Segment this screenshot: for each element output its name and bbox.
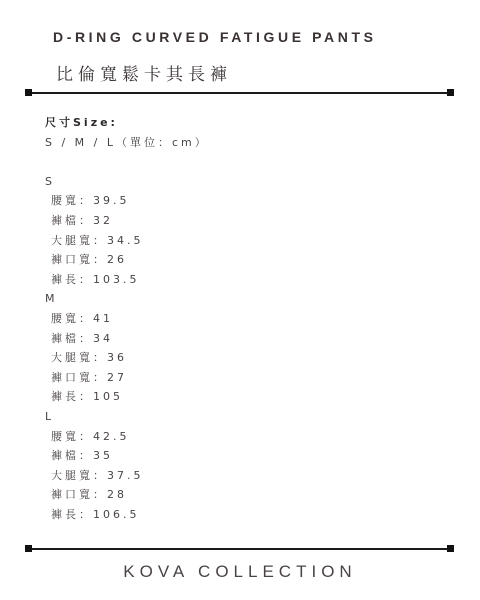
size-label: S — [45, 172, 209, 192]
measurement-thigh: 大腿寬：34.5 — [45, 231, 209, 251]
divider-end-square — [25, 545, 32, 552]
brand-footer: KOVA COLLECTION — [0, 562, 480, 582]
measurement-hem: 褲口寬：26 — [45, 250, 209, 270]
measurement-length: 褲長：103.5 — [45, 270, 209, 290]
size-group-m: M 腰寬：41 褲檔：34 大腿寬：36 褲口寬：27 褲長：105 — [45, 289, 209, 407]
bottom-divider — [29, 548, 450, 550]
size-chart: 尺寸Size: S / M / L（單位：cm） S 腰寬：39.5 褲檔：32… — [45, 113, 209, 524]
measurement-length: 褲長：106.5 — [45, 505, 209, 525]
measurement-waist: 腰寬：41 — [45, 309, 209, 329]
product-title-chinese: 比倫寬鬆卡其長褲 — [56, 60, 232, 85]
measurement-rise: 褲檔：34 — [45, 329, 209, 349]
divider-end-square — [447, 89, 454, 96]
measurement-thigh: 大腿寬：36 — [45, 348, 209, 368]
sizes-unit-line: S / M / L（單位：cm） — [45, 133, 209, 153]
spacer — [45, 152, 209, 172]
measurement-length: 褲長：105 — [45, 387, 209, 407]
size-heading: 尺寸Size: — [45, 113, 209, 133]
size-group-s: S 腰寬：39.5 褲檔：32 大腿寬：34.5 褲口寬：26 褲長：103.5 — [45, 172, 209, 290]
size-label: M — [45, 289, 209, 309]
measurement-rise: 褲檔：32 — [45, 211, 209, 231]
measurement-hem: 褲口寬：28 — [45, 485, 209, 505]
top-divider — [29, 92, 450, 94]
divider-end-square — [25, 89, 32, 96]
product-title-english: D-RING CURVED FATIGUE PANTS — [53, 29, 377, 45]
measurement-hem: 褲口寬：27 — [45, 368, 209, 388]
size-label: L — [45, 407, 209, 427]
measurement-waist: 腰寬：42.5 — [45, 427, 209, 447]
measurement-rise: 褲檔：35 — [45, 446, 209, 466]
divider-end-square — [447, 545, 454, 552]
size-group-l: L 腰寬：42.5 褲檔：35 大腿寬：37.5 褲口寬：28 褲長：106.5 — [45, 407, 209, 525]
measurement-waist: 腰寬：39.5 — [45, 191, 209, 211]
measurement-thigh: 大腿寬：37.5 — [45, 466, 209, 486]
